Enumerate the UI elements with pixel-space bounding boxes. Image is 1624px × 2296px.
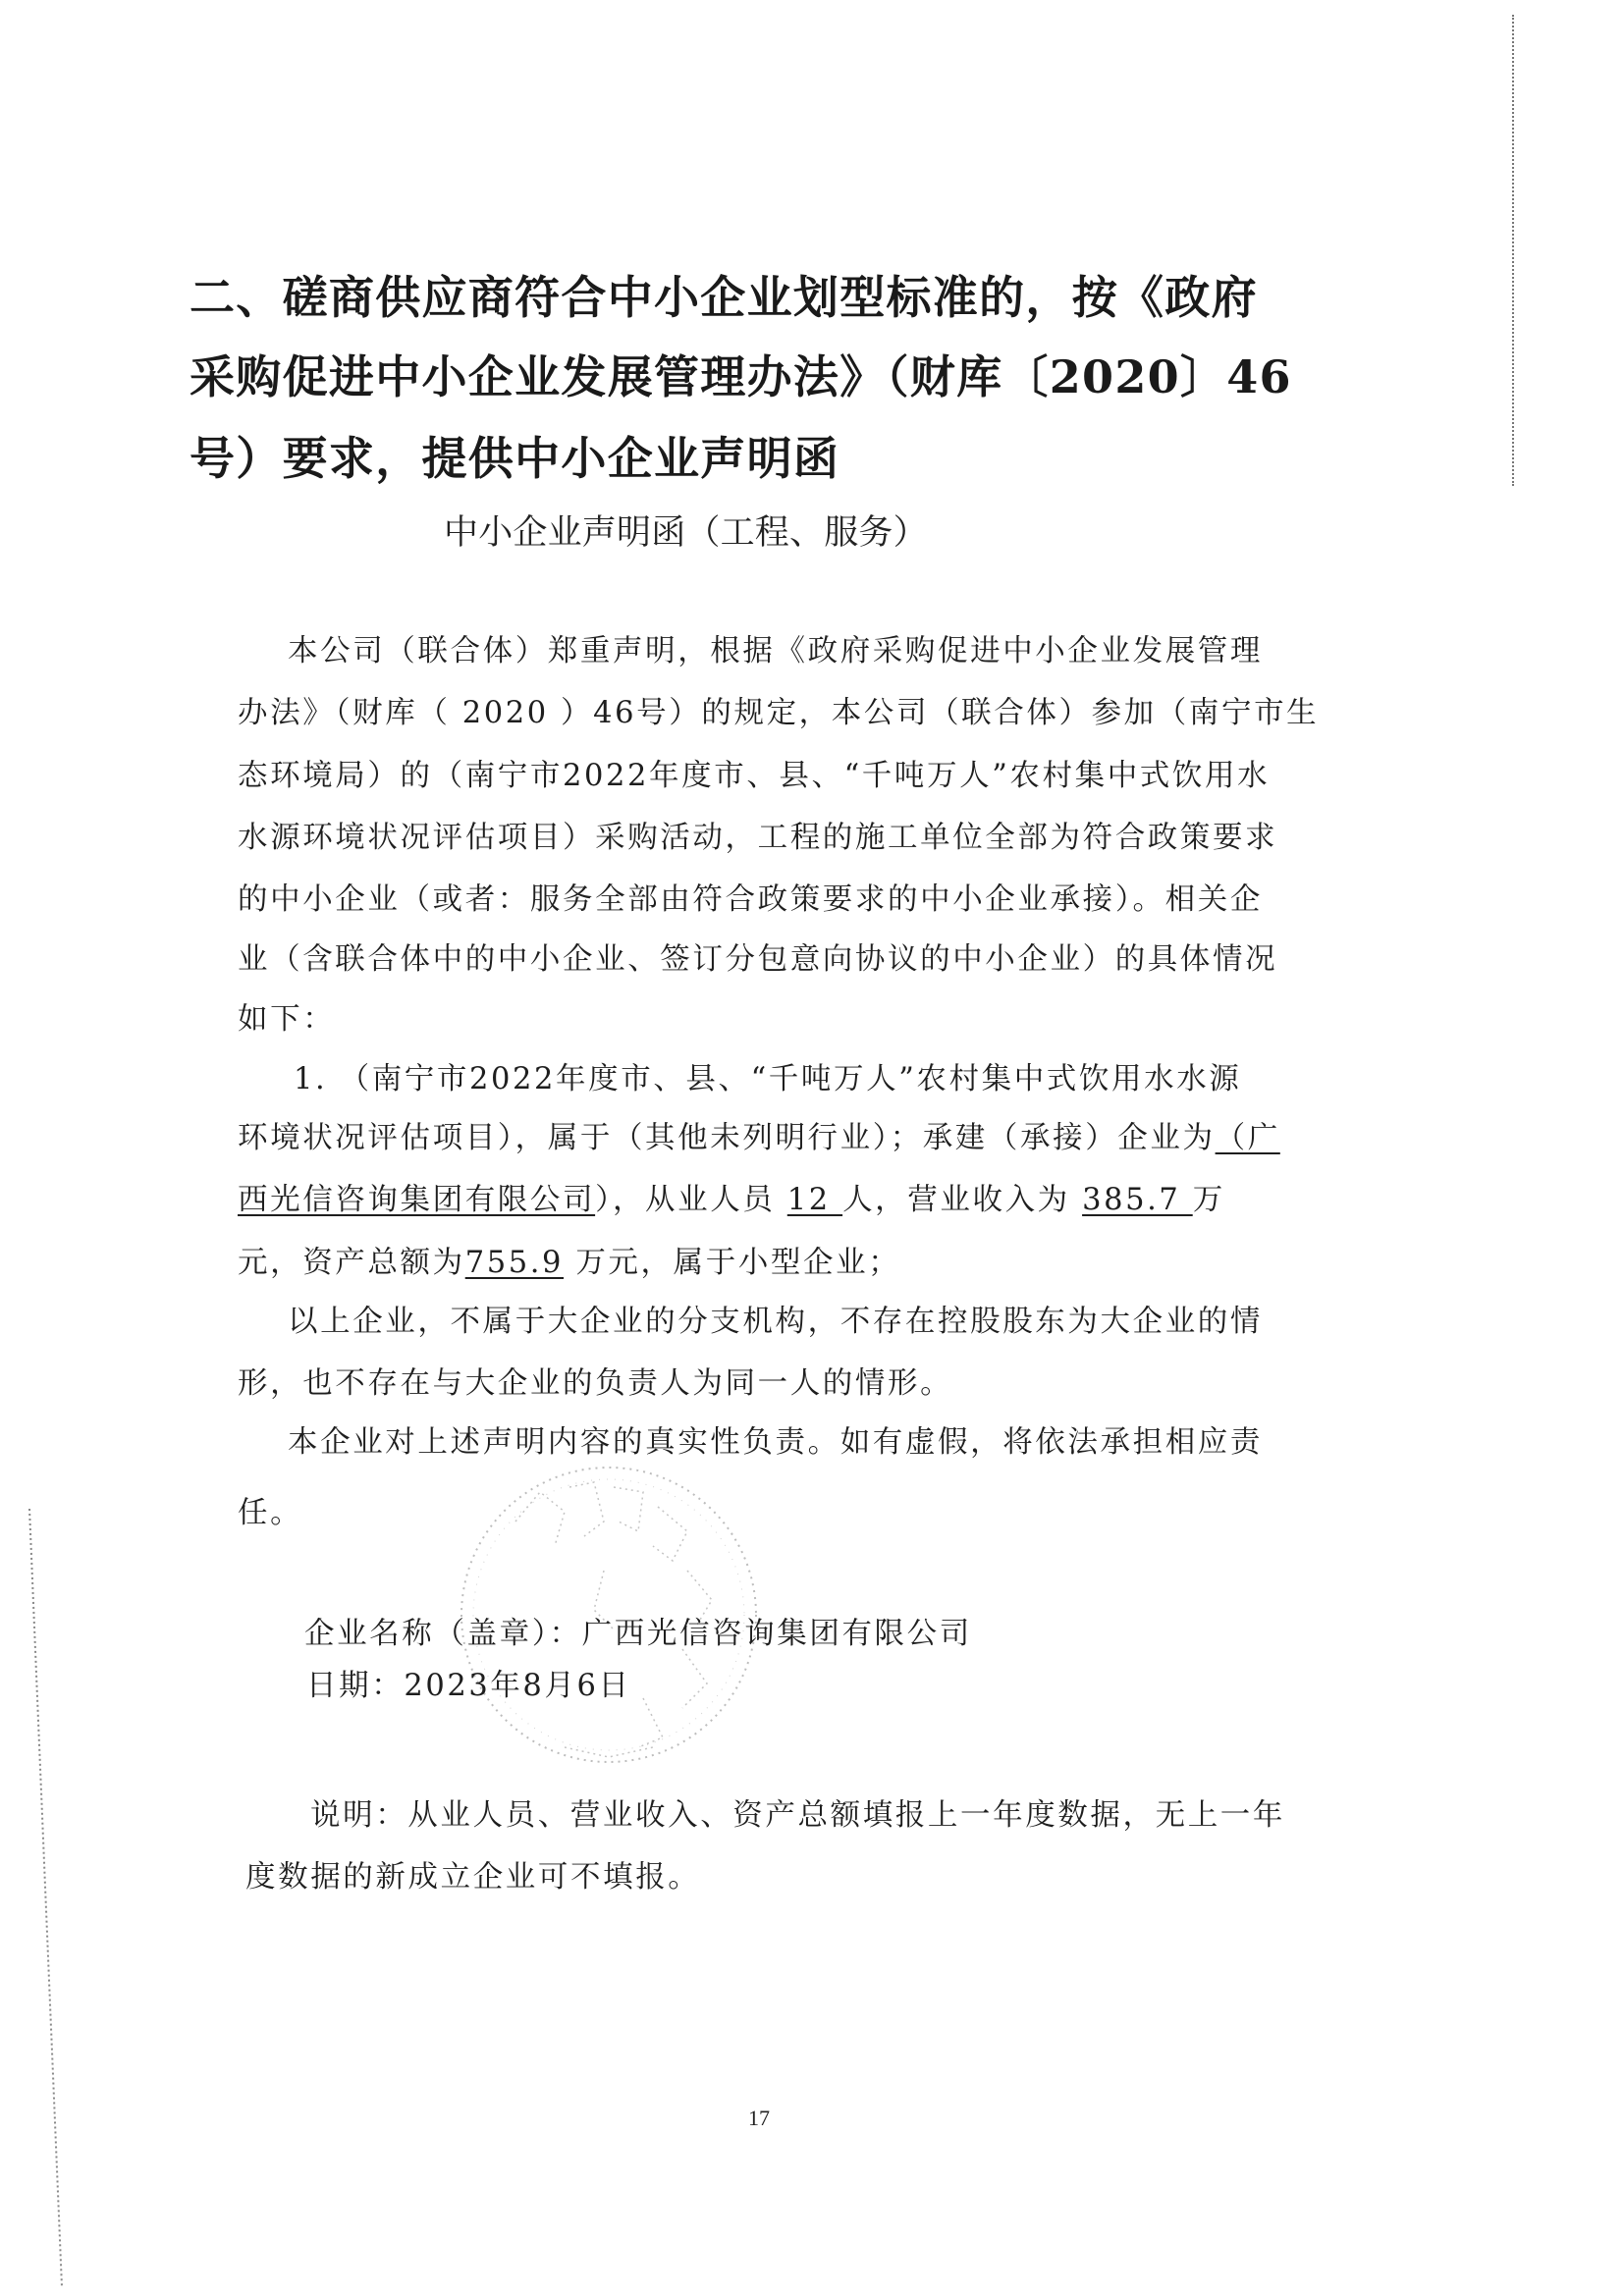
contractor-name-end: 西光信咨询集团有限公司 <box>238 1183 595 1217</box>
declaration-line: 态环境局）的（南宁市2022年度市、县、“千吨万人”农村集中式饮用水 <box>238 755 1270 798</box>
letter-title: 中小企业声明函（工程、服务） <box>444 508 928 558</box>
page-number: 17 <box>748 2104 770 2133</box>
item-1-line: 元，资产总额为755.9 万元，属于小型企业； <box>238 1242 900 1285</box>
signing-date: 2023年8月6日 <box>404 1669 630 1703</box>
document-page: 二、磋商供应商符合中小企业划型标准的，按《政府 采购促进中小企业发展管理办法》（… <box>0 0 1624 2296</box>
section-heading-line-2: 采购促进中小企业发展管理办法》（财库〔2020〕46 <box>189 347 1292 406</box>
item-1-line: 1. （南宁市2022年度市、县、“千吨万人”农村集中式饮用水水源 <box>294 1058 1241 1101</box>
contractor-name-start: （广 <box>1216 1121 1280 1155</box>
signature-date-line: 日期：2023年8月6日 <box>306 1665 631 1708</box>
declaration-line: 水源环境状况评估项目）采购活动，工程的施工单位全部为符合政策要求 <box>238 817 1277 860</box>
item-1-text: 环境状况评估项目），属于（其他未列明行业）；承建（承接）企业为 <box>238 1121 1216 1155</box>
total-assets-value: 755.9 <box>465 1246 564 1280</box>
item-1-line: 环境状况评估项目），属于（其他未列明行业）；承建（承接）企业为（广 <box>238 1117 1280 1160</box>
note-line: 说明：从业人员、营业收入、资产总额填报上一年度数据，无上一年 <box>310 1794 1285 1838</box>
declaration-line: 如下： <box>238 998 335 1041</box>
item-1-line: 西光信咨询集团有限公司），从业人员 12 人，营业收入为 385.7 万 <box>238 1179 1225 1222</box>
declaration-line: 办法》（财库（ 2020 ）46号）的规定，本公司（联合体）参加（南宁市生 <box>238 692 1319 735</box>
signature-company-line: 企业名称（盖章）：广西光信咨询集团有限公司 <box>304 1613 972 1656</box>
item-1-text: 元，资产总额为 <box>238 1246 465 1280</box>
declaration-line: 本公司（联合体）郑重声明，根据《政府采购促进中小企业发展管理 <box>288 630 1263 673</box>
section-heading-line-1: 二、磋商供应商符合中小企业划型标准的，按《政府 <box>189 268 1258 327</box>
company-name: 广西光信咨询集团有限公司 <box>582 1617 972 1651</box>
note-line: 度数据的新成立企业可不填报。 <box>245 1856 700 1899</box>
employee-count: 12 <box>787 1183 842 1217</box>
statement-line: 本企业对上述声明内容的真实性负责。如有虚假，将依法承担相应责 <box>288 1421 1263 1465</box>
section-heading-line-3: 号）要求，提供中小企业声明函 <box>189 429 839 488</box>
date-label: 日期： <box>306 1669 404 1703</box>
statement-line: 任。 <box>238 1492 302 1535</box>
item-1-text: 万 <box>1193 1183 1225 1217</box>
declaration-line: 的中小企业（或者：服务全部由符合政策要求的中小企业承接）。相关企 <box>238 879 1263 922</box>
item-1-text: ），从业人员 <box>595 1183 787 1217</box>
scan-edge-line-right <box>1512 15 1514 486</box>
statement-line: 形，也不存在与大企业的负责人为同一人的情形。 <box>238 1362 952 1406</box>
item-1-text: 万元，属于小型企业； <box>564 1246 900 1280</box>
item-1-text: 人，营业收入为 <box>842 1183 1082 1217</box>
statement-line: 以上企业，不属于大企业的分支机构，不存在控股股东为大企业的情 <box>288 1301 1263 1344</box>
declaration-line: 业（含联合体中的中小企业、签订分包意向协议的中小企业）的具体情况 <box>238 938 1277 982</box>
revenue-value: 385.7 <box>1082 1183 1193 1217</box>
company-label: 企业名称（盖章）： <box>304 1617 582 1651</box>
